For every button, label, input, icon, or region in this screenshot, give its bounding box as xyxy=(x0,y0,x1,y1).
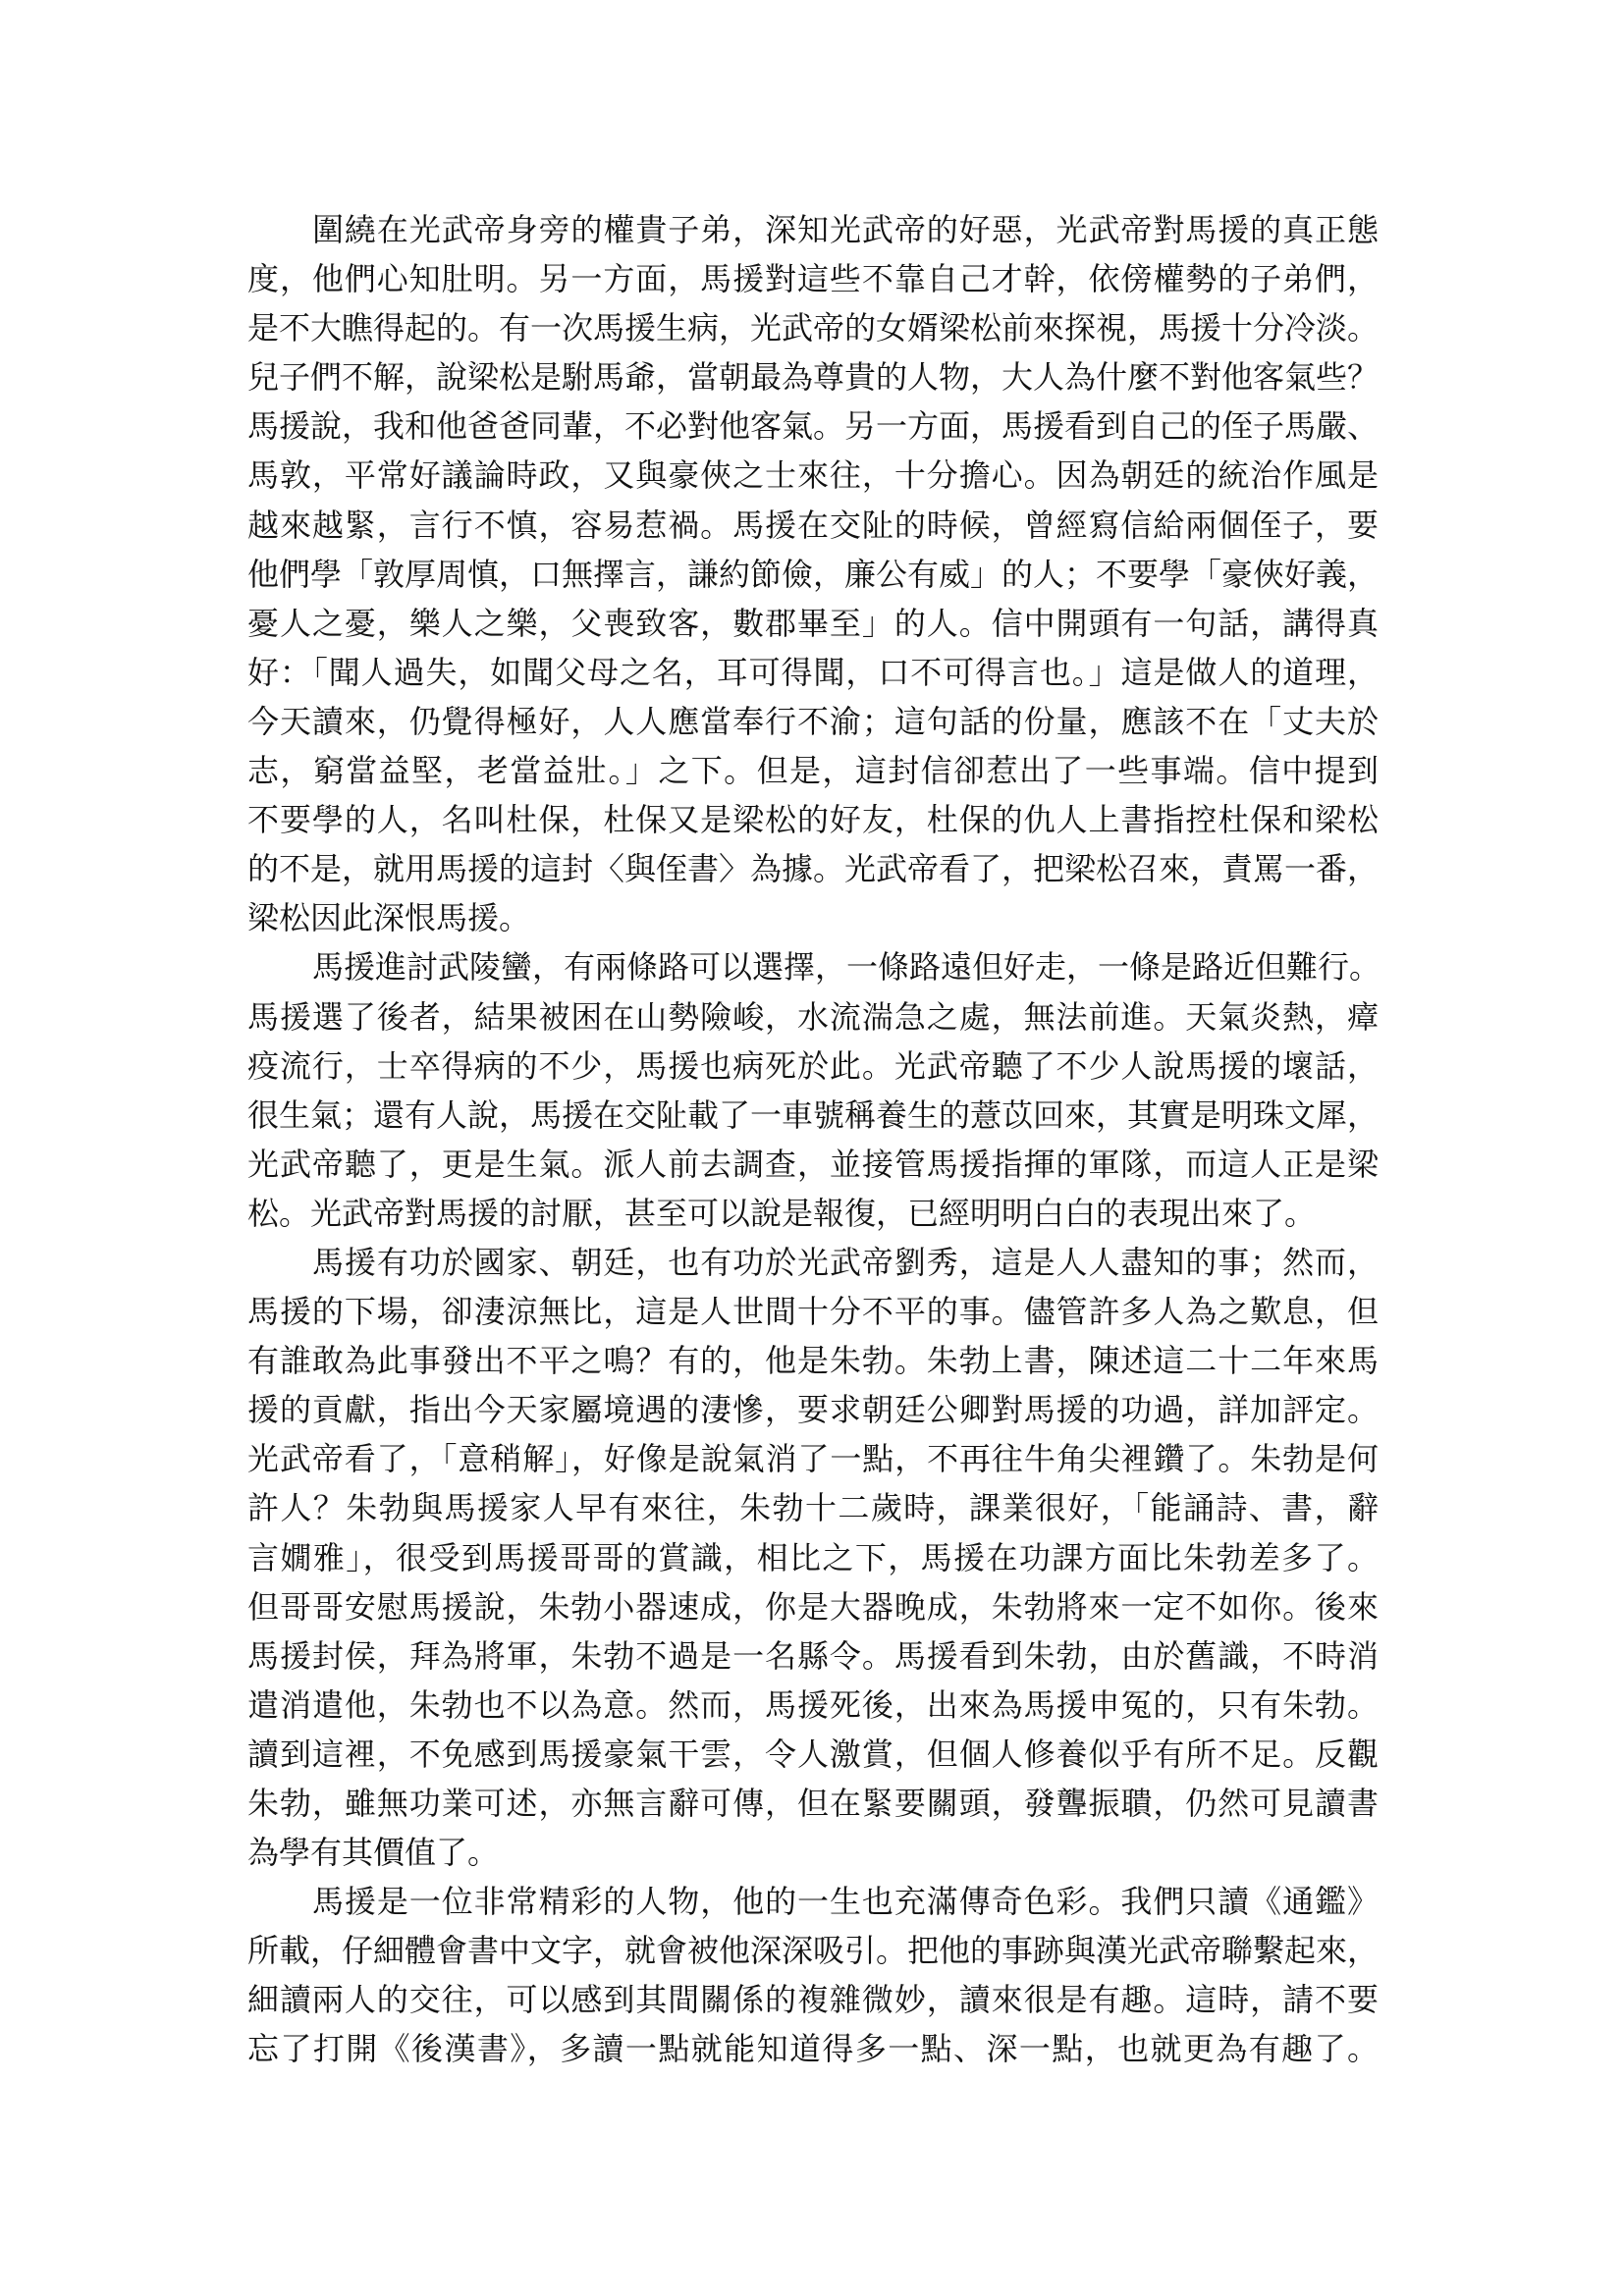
document-page: 圍繞在光武帝身旁的權貴子弟，深知光武帝的好惡，光武帝對馬援的真正態 度，他們心知… xyxy=(247,205,1379,2074)
text-line: 松。光武帝對馬援的討厭，甚至可以說是報復，已經明明白白的表現出來了。 xyxy=(247,1189,1379,1238)
text-line: 有誰敢為此事發出不平之鳴？有的，他是朱勃。朱勃上書，陳述這二十二年來馬 xyxy=(247,1336,1379,1385)
text-line: 忘了打開《後漢書》，多讀一點就能知道得多一點、深一點，也就更為有趣了。 xyxy=(247,2024,1379,2073)
paragraph-2: 馬援進討武陵蠻，有兩條路可以選擇，一條路遠但好走，一條是路近但難行。 馬援選了後… xyxy=(247,942,1379,1238)
text-line: 馬援選了後者，結果被困在山勢險峻，水流湍急之處，無法前進。天氣炎熱，瘴 xyxy=(247,992,1379,1041)
text-line: 不要學的人，名叫杜保，杜保又是梁松的好友，杜保的仇人上書指控杜保和梁松 xyxy=(247,795,1379,844)
text-line: 圍繞在光武帝身旁的權貴子弟，深知光武帝的好惡，光武帝對馬援的真正態 xyxy=(247,205,1379,254)
text-line: 馬敦，平常好議論時政，又與豪俠之士來往，十分擔心。因為朝廷的統治作風是 xyxy=(247,451,1379,500)
text-line: 但哥哥安慰馬援說，朱勃小器速成，你是大器晚成，朱勃將來一定不如你。後來 xyxy=(247,1582,1379,1631)
text-line: 越來越緊，言行不慎，容易惹禍。馬援在交阯的時候，曾經寫信給兩個侄子，要 xyxy=(247,501,1379,550)
text-line: 好：「聞人過失，如聞父母之名，耳可得聞，口不可得言也。」這是做人的道理， xyxy=(247,648,1379,697)
text-line: 許人？朱勃與馬援家人早有來往，朱勃十二歲時，課業很好，「能誦詩、書，辭 xyxy=(247,1483,1379,1532)
text-line: 馬援說，我和他爸爸同輩，不必對他客氣。另一方面，馬援看到自己的侄子馬嚴、 xyxy=(247,401,1379,451)
text-line: 所載，仔細體會書中文字，就會被他深深吸引。把他的事跡與漢光武帝聯繫起來， xyxy=(247,1926,1379,1975)
text-line: 馬援封侯，拜為將軍，朱勃不過是一名縣令。馬援看到朱勃，由於舊識，不時消 xyxy=(247,1631,1379,1681)
text-line: 馬援進討武陵蠻，有兩條路可以選擇，一條路遠但好走，一條是路近但難行。 xyxy=(247,942,1379,991)
text-line: 朱勃，雖無功業可述，亦無言辭可傳，但在緊要關頭，發聾振聵，仍然可見讀書 xyxy=(247,1779,1379,1828)
text-line: 志，窮當益堅，老當益壯。」之下。但是，這封信卻惹出了一些事端。信中提到 xyxy=(247,746,1379,795)
text-line: 疫流行，士卒得病的不少，馬援也病死於此。光武帝聽了不少人說馬援的壞話， xyxy=(247,1041,1379,1091)
text-line: 馬援是一位非常精彩的人物，他的一生也充滿傳奇色彩。我們只讀《通鑑》 xyxy=(247,1877,1379,1926)
text-line: 援的貢獻，指出今天家屬境遇的淒慘，要求朝廷公卿對馬援的功過，詳加評定。 xyxy=(247,1385,1379,1434)
text-line: 光武帝聽了，更是生氣。派人前去調查，並接管馬援指揮的軍隊，而這人正是梁 xyxy=(247,1140,1379,1189)
text-line: 今天讀來，仍覺得極好，人人應當奉行不渝；這句話的份量，應該不在「丈夫於 xyxy=(247,697,1379,746)
text-line: 馬援的下場，卻淒涼無比，這是人世間十分不平的事。儘管許多人為之歎息，但 xyxy=(247,1287,1379,1336)
text-line: 馬援有功於國家、朝廷，也有功於光武帝劉秀，這是人人盡知的事；然而， xyxy=(247,1238,1379,1287)
text-line: 言嫺雅」，很受到馬援哥哥的賞識，相比之下，馬援在功課方面比朱勃差多了。 xyxy=(247,1533,1379,1582)
text-line: 細讀兩人的交往，可以感到其間關係的複雜微妙，讀來很是有趣。這時，請不要 xyxy=(247,1975,1379,2024)
text-line: 讀到這裡，不免感到馬援豪氣干雲，令人激賞，但個人修養似乎有所不足。反觀 xyxy=(247,1730,1379,1779)
text-line: 光武帝看了，「意稍解」，好像是說氣消了一點，不再往牛角尖裡鑽了。朱勃是何 xyxy=(247,1434,1379,1483)
text-line: 是不大瞧得起的。有一次馬援生病，光武帝的女婿梁松前來探視，馬援十分冷淡。 xyxy=(247,303,1379,352)
text-line: 的不是，就用馬援的這封〈與侄書〉為據。光武帝看了，把梁松召來，責罵一番， xyxy=(247,844,1379,893)
text-line: 兒子們不解，說梁松是駙馬爺，當朝最為尊貴的人物，大人為什麼不對他客氣些？ xyxy=(247,352,1379,401)
text-line: 他們學「敦厚周慎，口無擇言，謙約節儉，廉公有威」的人；不要學「豪俠好義， xyxy=(247,550,1379,599)
text-line: 度，他們心知肚明。另一方面，馬援對這些不靠自己才幹，依傍權勢的子弟們， xyxy=(247,254,1379,303)
paragraph-4: 馬援是一位非常精彩的人物，他的一生也充滿傳奇色彩。我們只讀《通鑑》 所載，仔細體… xyxy=(247,1877,1379,2073)
paragraph-1: 圍繞在光武帝身旁的權貴子弟，深知光武帝的好惡，光武帝對馬援的真正態 度，他們心知… xyxy=(247,205,1379,942)
paragraph-3: 馬援有功於國家、朝廷，也有功於光武帝劉秀，這是人人盡知的事；然而， 馬援的下場，… xyxy=(247,1238,1379,1877)
text-line: 為學有其價值了。 xyxy=(247,1828,1379,1877)
text-line: 很生氣；還有人說，馬援在交阯載了一車號稱養生的薏苡回來，其實是明珠文犀， xyxy=(247,1091,1379,1140)
text-line: 憂人之憂，樂人之樂，父喪致客，數郡畢至」的人。信中開頭有一句話，講得真 xyxy=(247,599,1379,648)
text-line: 梁松因此深恨馬援。 xyxy=(247,893,1379,942)
text-line: 遣消遣他，朱勃也不以為意。然而，馬援死後，出來為馬援申冤的，只有朱勃。 xyxy=(247,1681,1379,1730)
